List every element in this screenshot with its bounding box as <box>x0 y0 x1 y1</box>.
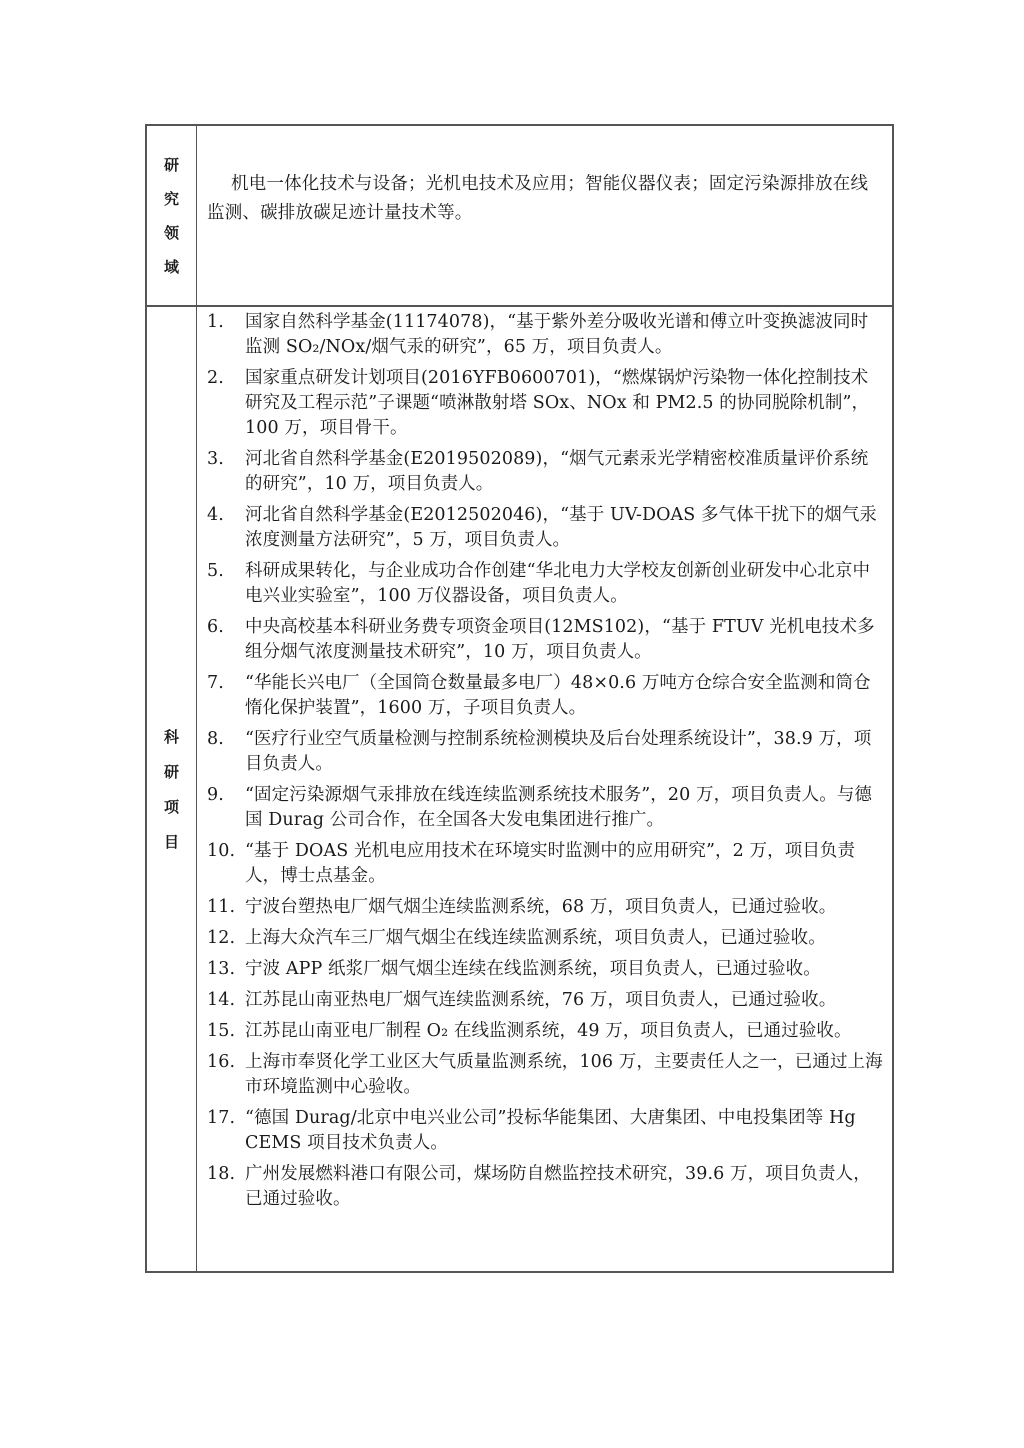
research-field-label: 研 究 领 域 <box>147 126 197 305</box>
research-projects-row: 科 研 项 目 1.国家自然科学基金(11174078)，“基于紫外差分吸收光谱… <box>147 307 892 1271</box>
project-text: 中央高校基本科研业务费专项资金项目(12MS102)，“基于 FTUV 光机电技… <box>245 617 875 662</box>
label-char: 目 <box>164 834 179 850</box>
label-char: 研 <box>164 157 179 173</box>
research-projects-content: 1.国家自然科学基金(11174078)，“基于紫外差分吸收光谱和傅立叶变换滤波… <box>197 307 892 1271</box>
project-item: 7.“华能长兴电厂（全国筒仓数量最多电厂）48×0.6 万吨方仓综合安全监测和筒… <box>207 671 884 721</box>
project-item: 8.“医疗行业空气质量检测与控制系统检测模块及后台处理系统设计”，38.9 万，… <box>207 727 884 777</box>
research-field-content: 机电一体化技术与设备；光机电技术及应用；智能仪器仪表；固定污染源排放在线监测、碳… <box>197 126 892 305</box>
project-item: 13.宁波 APP 纸浆厂烟气烟尘连续在线监测系统，项目负责人，已通过验收。 <box>207 957 884 982</box>
project-item: 10.“基于 DOAS 光机电应用技术在环境实时监测中的应用研究”，2 万，项目… <box>207 839 884 889</box>
label-char: 究 <box>164 191 179 207</box>
project-number: 4. <box>207 503 243 528</box>
project-text: 江苏昆山南亚电厂制程 O₂ 在线监测系统，49 万，项目负责人，已通过验收。 <box>245 1021 852 1041</box>
project-text: 上海市奉贤化学工业区大气质量监测系统，106 万，主要责任人之一，已通过上海市环… <box>245 1052 883 1097</box>
profile-table: 研 究 领 域 机电一体化技术与设备；光机电技术及应用；智能仪器仪表；固定污染源… <box>145 124 894 1273</box>
label-char: 科 <box>164 729 179 745</box>
label-char: 研 <box>164 764 179 780</box>
project-number: 6. <box>207 615 243 640</box>
project-list: 1.国家自然科学基金(11174078)，“基于紫外差分吸收光谱和傅立叶变换滤波… <box>207 310 884 1218</box>
project-number: 7. <box>207 671 243 696</box>
project-item: 12.上海大众汽车三厂烟气烟尘在线连续监测系统，项目负责人，已通过验收。 <box>207 926 884 951</box>
project-item: 11.宁波台塑热电厂烟气烟尘连续监测系统，68 万，项目负责人，已通过验收。 <box>207 895 884 920</box>
project-item: 4.河北省自然科学基金(E2012502046)，“基于 UV-DOAS 多气体… <box>207 503 884 553</box>
project-number: 17. <box>207 1106 243 1131</box>
project-number: 8. <box>207 727 243 752</box>
research-field-text: 机电一体化技术与设备；光机电技术及应用；智能仪器仪表；固定污染源排放在线监测、碳… <box>207 170 884 228</box>
label-char: 领 <box>164 225 179 241</box>
project-number: 15. <box>207 1019 243 1044</box>
project-text: 国家自然科学基金(11174078)，“基于紫外差分吸收光谱和傅立叶变换滤波同时… <box>245 312 868 357</box>
project-item: 3.河北省自然科学基金(E2019502089)，“烟气元素汞光学精密校准质量评… <box>207 447 884 497</box>
project-item: 15.江苏昆山南亚电厂制程 O₂ 在线监测系统，49 万，项目负责人，已通过验收… <box>207 1019 884 1044</box>
project-text: “华能长兴电厂（全国筒仓数量最多电厂）48×0.6 万吨方仓综合安全监测和筒仓惰… <box>245 673 871 718</box>
project-text: 河北省自然科学基金(E2012502046)，“基于 UV-DOAS 多气体干扰… <box>245 505 877 550</box>
project-text: 科研成果转化，与企业成功合作创建“华北电力大学校友创新创业研发中心北京中电兴业实… <box>245 561 870 606</box>
project-number: 3. <box>207 447 243 472</box>
project-number: 12. <box>207 926 243 951</box>
project-text: “基于 DOAS 光机电应用技术在环境实时监测中的应用研究”，2 万，项目负责人… <box>245 841 855 886</box>
project-number: 5. <box>207 559 243 584</box>
project-number: 2. <box>207 366 243 391</box>
project-text: 广州发展燃料港口有限公司，煤场防自燃监控技术研究，39.6 万，项目负责人，已通… <box>245 1164 871 1209</box>
research-field-row: 研 究 领 域 机电一体化技术与设备；光机电技术及应用；智能仪器仪表；固定污染源… <box>147 126 892 307</box>
project-text: “德国 Durag/北京中电兴业公司”投标华能集团、大唐集团、中电投集团等 Hg… <box>245 1108 856 1153</box>
project-number: 16. <box>207 1050 243 1075</box>
label-char: 域 <box>164 259 179 275</box>
project-text: 河北省自然科学基金(E2019502089)，“烟气元素汞光学精密校准质量评价系… <box>245 449 868 494</box>
project-text: 宁波台塑热电厂烟气烟尘连续监测系统，68 万，项目负责人，已通过验收。 <box>245 897 836 917</box>
project-item: 9.“固定污染源烟气汞排放在线连续监测系统技术服务”，20 万，项目负责人。与德… <box>207 783 884 833</box>
project-number: 14. <box>207 988 243 1013</box>
project-text: 上海大众汽车三厂烟气烟尘在线连续监测系统，项目负责人，已通过验收。 <box>245 928 826 948</box>
project-item: 2.国家重点研发计划项目(2016YFB0600701)，“燃煤锅炉污染物一体化… <box>207 366 884 441</box>
project-item: 5.科研成果转化，与企业成功合作创建“华北电力大学校友创新创业研发中心北京中电兴… <box>207 559 884 609</box>
project-item: 6.中央高校基本科研业务费专项资金项目(12MS102)，“基于 FTUV 光机… <box>207 615 884 665</box>
research-projects-label: 科 研 项 目 <box>147 307 197 1271</box>
project-item: 18.广州发展燃料港口有限公司，煤场防自燃监控技术研究，39.6 万，项目负责人… <box>207 1162 884 1212</box>
project-number: 1. <box>207 310 243 335</box>
project-number: 9. <box>207 783 243 808</box>
project-text: 国家重点研发计划项目(2016YFB0600701)，“燃煤锅炉污染物一体化控制… <box>245 368 869 438</box>
project-text: “医疗行业空气质量检测与控制系统检测模块及后台处理系统设计”，38.9 万，项目… <box>245 729 871 774</box>
project-number: 18. <box>207 1162 243 1187</box>
project-text: 江苏昆山南亚热电厂烟气连续监测系统，76 万，项目负责人，已通过验收。 <box>245 990 836 1010</box>
project-item: 14.江苏昆山南亚热电厂烟气连续监测系统，76 万，项目负责人，已通过验收。 <box>207 988 884 1013</box>
project-item: 17.“德国 Durag/北京中电兴业公司”投标华能集团、大唐集团、中电投集团等… <box>207 1106 884 1156</box>
label-char: 项 <box>164 799 179 815</box>
project-item: 16.上海市奉贤化学工业区大气质量监测系统，106 万，主要责任人之一，已通过上… <box>207 1050 884 1100</box>
project-text: 宁波 APP 纸浆厂烟气烟尘连续在线监测系统，项目负责人，已通过验收。 <box>245 959 821 979</box>
project-number: 11. <box>207 895 243 920</box>
project-item: 1.国家自然科学基金(11174078)，“基于紫外差分吸收光谱和傅立叶变换滤波… <box>207 310 884 360</box>
project-number: 13. <box>207 957 243 982</box>
project-text: “固定污染源烟气汞排放在线连续监测系统技术服务”，20 万，项目负责人。与德国 … <box>245 785 872 830</box>
project-number: 10. <box>207 839 243 864</box>
